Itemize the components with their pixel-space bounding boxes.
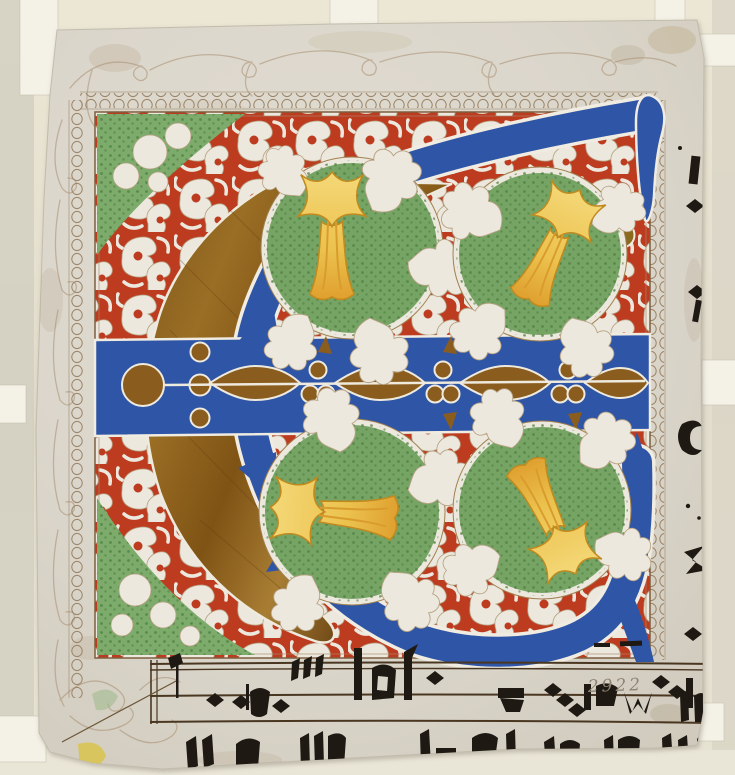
bar-roundel bbox=[122, 364, 164, 406]
manuscript-scene: 2922 bbox=[0, 0, 735, 775]
illuminated-panel bbox=[95, 95, 664, 662]
tape-right-middle bbox=[702, 360, 735, 405]
inscription-2922: 2922 bbox=[586, 675, 643, 697]
manuscript-fragment-photo: 2922 bbox=[0, 0, 735, 775]
tape-left-middle bbox=[0, 385, 26, 423]
